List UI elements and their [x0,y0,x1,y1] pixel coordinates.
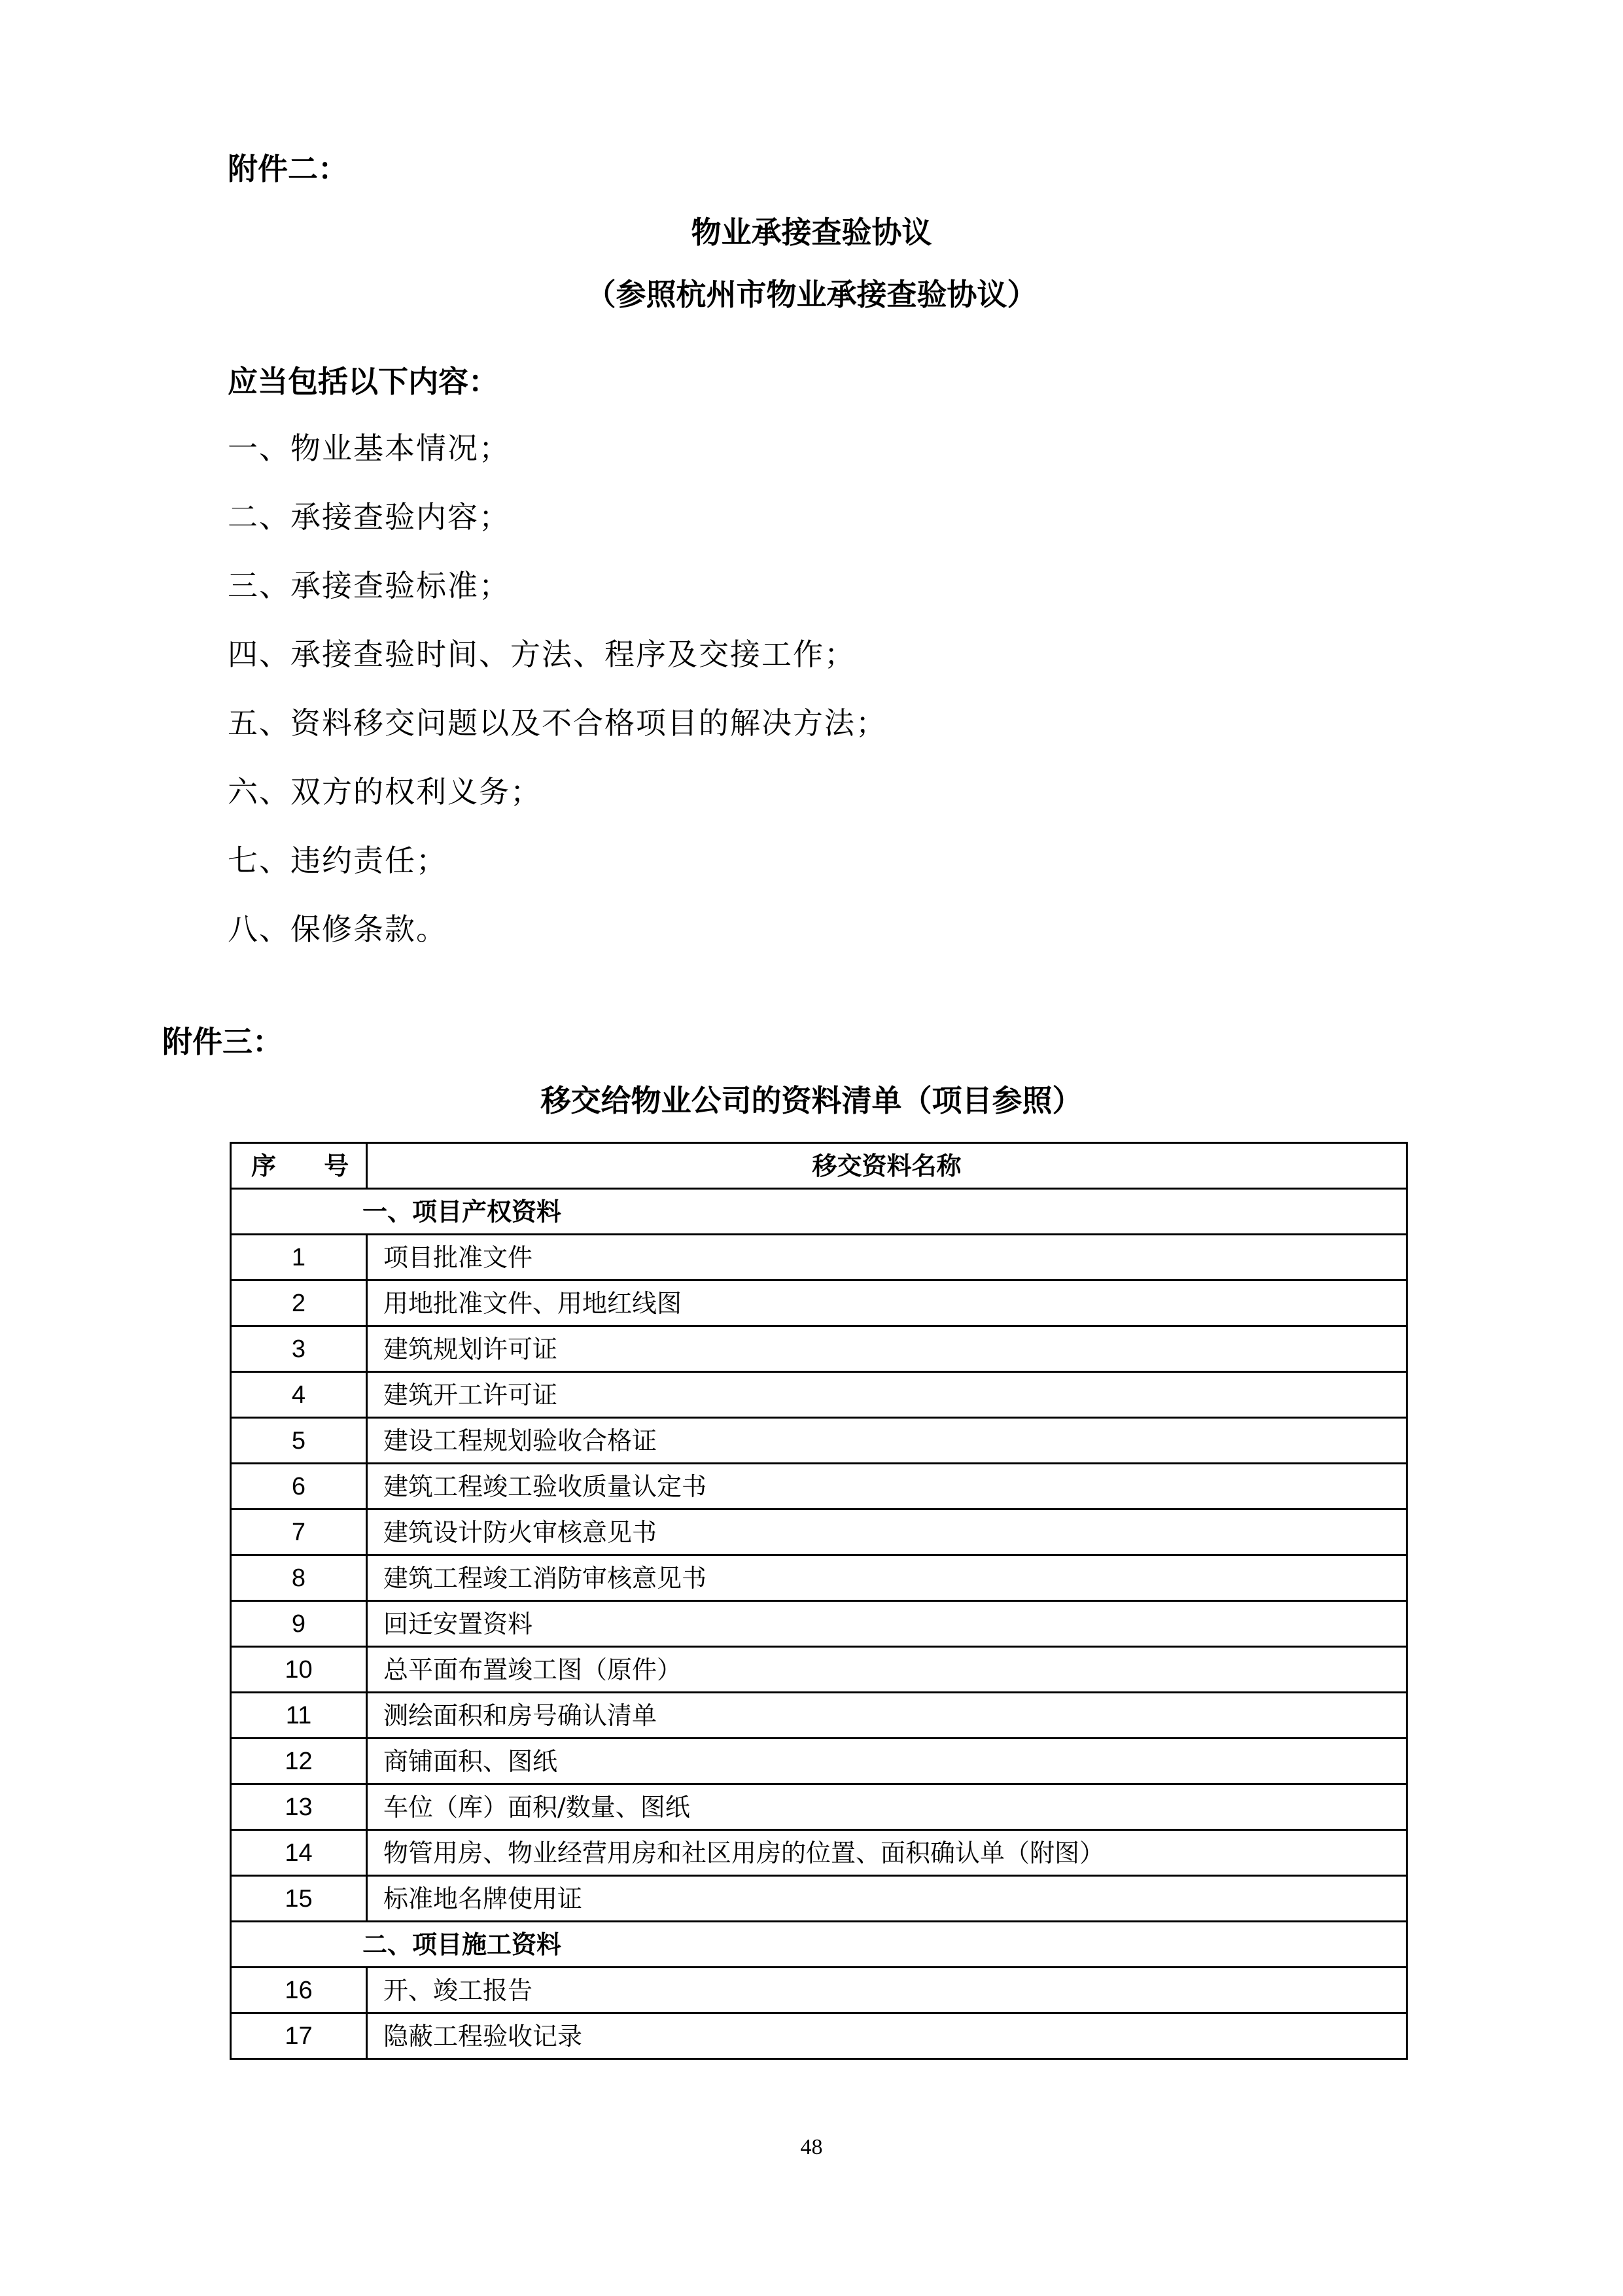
row-name: 建筑设计防火审核意见书 [367,1510,1407,1555]
table-row: 16开、竣工报告 [231,1968,1407,2013]
table-row: 3建筑规划许可证 [231,1326,1407,1372]
materials-table: 序 号 移交资料名称 一、项目产权资料 1项目批准文件 2用地批准文件、用地红线… [230,1142,1408,2060]
agreement-title: 物业承接查验协议 [0,213,1623,252]
row-name: 商铺面积、图纸 [367,1739,1407,1784]
row-name: 建筑规划许可证 [367,1326,1407,1372]
list-item: 八、保修条款。 [228,910,447,949]
row-name: 隐蔽工程验收记录 [367,2013,1407,2059]
list-item: 二、承接查验内容； [228,497,510,537]
table-row: 15标准地名牌使用证 [231,1876,1407,1922]
row-name: 总平面布置竣工图（原件） [367,1647,1407,1693]
table-row: 7建筑设计防火审核意见书 [231,1510,1407,1555]
row-no: 14 [231,1830,367,1876]
row-no: 8 [231,1555,367,1601]
row-no: 12 [231,1739,367,1784]
row-no: 16 [231,1968,367,2013]
materials-list-title: 移交给物业公司的资料清单（项目参照） [0,1081,1623,1120]
table-row: 6建筑工程竣工验收质量认定书 [231,1464,1407,1510]
table-row: 11测绘面积和房号确认清单 [231,1693,1407,1739]
row-name: 物管用房、物业经营用房和社区用房的位置、面积确认单（附图） [367,1830,1407,1876]
table-row: 1项目批准文件 [231,1235,1407,1280]
row-name: 建筑工程竣工验收质量认定书 [367,1464,1407,1510]
list-item: 一、物业基本情况； [228,429,510,468]
row-no: 6 [231,1464,367,1510]
table-row: 2用地批准文件、用地红线图 [231,1280,1407,1326]
section-row: 一、项目产权资料 [231,1189,1407,1235]
list-item: 五、资料移交问题以及不合格项目的解决方法； [228,703,887,743]
table-row: 8建筑工程竣工消防审核意见书 [231,1555,1407,1601]
header-name: 移交资料名称 [367,1143,1407,1189]
row-name: 车位（库）面积/数量、图纸 [367,1784,1407,1830]
row-no: 15 [231,1876,367,1922]
attachment3-label: 附件三： [162,1022,283,1061]
content-intro: 应当包括以下内容： [228,362,498,401]
row-name: 建筑工程竣工消防审核意见书 [367,1555,1407,1601]
row-name: 建设工程规划验收合格证 [367,1418,1407,1464]
row-no: 4 [231,1372,367,1418]
row-name: 建筑开工许可证 [367,1372,1407,1418]
section-row: 二、项目施工资料 [231,1922,1407,1968]
table-row: 9回迁安置资料 [231,1601,1407,1647]
section-title: 二、项目施工资料 [231,1922,1407,1968]
list-item: 六、双方的权利义务； [228,772,542,811]
table-row: 17隐蔽工程验收记录 [231,2013,1407,2059]
row-name: 标准地名牌使用证 [367,1876,1407,1922]
row-name: 项目批准文件 [367,1235,1407,1280]
table-row: 14物管用房、物业经营用房和社区用房的位置、面积确认单（附图） [231,1830,1407,1876]
row-name: 测绘面积和房号确认清单 [367,1693,1407,1739]
table-header-row: 序 号 移交资料名称 [231,1143,1407,1189]
row-no: 11 [231,1693,367,1739]
row-no: 1 [231,1235,367,1280]
list-item: 七、违约责任； [228,841,447,880]
section-title: 一、项目产权资料 [231,1189,1407,1235]
header-no: 序 号 [231,1143,367,1189]
table-row: 13车位（库）面积/数量、图纸 [231,1784,1407,1830]
row-no: 3 [231,1326,367,1372]
page-number: 48 [0,2134,1623,2161]
table-row: 12商铺面积、图纸 [231,1739,1407,1784]
row-name: 用地批准文件、用地红线图 [367,1280,1407,1326]
row-no: 13 [231,1784,367,1830]
table-row: 4建筑开工许可证 [231,1372,1407,1418]
row-name: 回迁安置资料 [367,1601,1407,1647]
row-no: 2 [231,1280,367,1326]
row-no: 10 [231,1647,367,1693]
row-no: 17 [231,2013,367,2059]
table-row: 10总平面布置竣工图（原件） [231,1647,1407,1693]
agreement-subtitle: （参照杭州市物业承接查验协议） [0,275,1623,314]
list-item: 四、承接查验时间、方法、程序及交接工作； [228,635,856,674]
row-no: 5 [231,1418,367,1464]
row-no: 9 [231,1601,367,1647]
list-item: 三、承接查验标准； [228,566,510,605]
row-no: 7 [231,1510,367,1555]
row-name: 开、竣工报告 [367,1968,1407,2013]
attachment2-label: 附件二： [228,149,348,188]
table-row: 5建设工程规划验收合格证 [231,1418,1407,1464]
